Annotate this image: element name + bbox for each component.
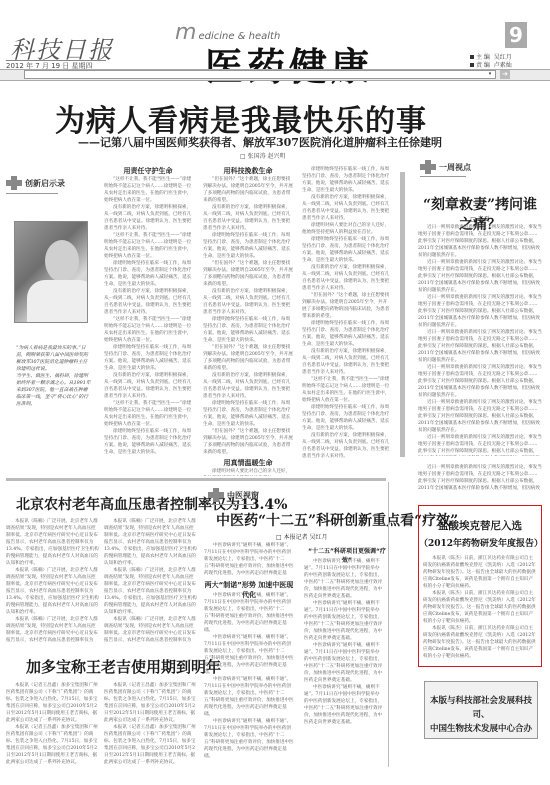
tcm-byline: □ 本报记者 吴红月 [276,532,327,541]
photo-caption: “为病人看病是我最快乐的事。”日前，刚刚荣获第八届中国医师奖的解放军307医院消… [16,345,92,435]
column-divider [388,482,389,767]
tcm-article-col2: 中医诊病讲究“通则不痛，痛则不通”。7月11日在中国中医科学院举办的中医药创新发… [304,558,384,778]
go-button[interactable]: ➔ [500,70,510,79]
featured-title-line1: 盐酸埃克替尼入选 [419,518,541,533]
medical-cross-icon [420,160,436,174]
weekly-byline: □ 辛夏 [420,214,540,223]
address-input[interactable] [24,70,496,79]
bp-article-col1: 本报讯（陈楠）广泛开展，北京老年人群调查结果“发现，特别是农村老年人高血压控制率… [6,518,100,644]
subsection-title: 用科技挽救生命 [203,166,293,176]
tag-underline [420,176,466,177]
lead-subhead: ——记第八届中国医师奖获得者、解放军307医院消化道肿瘤科主任徐建明 [78,134,442,150]
photo-face [45,240,79,282]
bullet-square-icon [470,63,474,67]
featured-article: 本报讯（陈杰）日前，浙江贝达药业有限公司自主研发的抗癌新药盐酸埃克替尼（凯美纳）… [423,555,537,667]
subsection-title: 用真情温暖生命 [203,458,293,468]
medical-cross-icon [6,176,22,190]
tag-underline [208,504,254,505]
doctor-photo [14,221,88,323]
editors-box: 主 编 吴红月 责 编 卢素灿 [470,54,512,70]
article-column: “这样不让我，我不能当医生——”徐建明始终不能忘记这个病人……徐建明是一位从农村… [104,176,192,463]
wlj-article-col1: 本报讯（记者王昌鑫）加多宝集团和广州医药集团有限公司（下称“广药集团”）的商标、… [6,682,100,778]
bp-article-col2: 本报讯（陈楠）广泛开展，北京老年人群调查结果“发现，特别是农村老年人高血压控制率… [104,518,198,644]
featured-title-line2: （2012年药物研发年度报告） [419,536,541,549]
co-organizer-box: 本版与科技部社会发展科技司、 中国生物技术发展中心合办 [424,681,538,739]
tcm-article-col1b: 中医诊病讲究“通则不痛，痛则不通”。7月11日在中国中医科学院举办的中医药创新发… [204,592,294,778]
tcm-article-col1: 中医诊病讲究“通则不痛，痛则不通”。7月11日在中国中医科学院举办的中医药创新发… [204,542,294,576]
article-column: 徐建明始终坚持在临床一线工作，每周坚持出门诊、查房，为患者制定个体化治疗方案。他… [302,166,390,470]
section-tag-innovation: 创新启示录 [6,176,65,190]
weekly-article: 近日一则刻章救妻的新闻引发了网友的激烈讨论。事发当地男子因妻子患病急需用钱，在走… [418,224,542,456]
page-number: 9 [505,22,527,48]
photo-coat [27,280,88,323]
co-organizer-line2: 中国生物技术发展中心合办 [425,722,537,736]
tag-underline [6,193,58,194]
featured-news-box: 盐酸埃克替尼入选 （2012年药物研发年度报告） 本报讯（陈杰）日前，浙江贝达药… [418,505,542,667]
article-column: “但在国外？”这个难题，徐主任想要找到解决办法。徐建明自2005年至今，共开展了… [203,176,293,456]
section-tag-weekly: 一周视点 [420,160,471,174]
co-organizer-line1: 本版与科技部社会发展科技司、 [425,694,537,722]
section-tag-tcm: 中医视窗 [208,488,259,502]
article-column: 徐建明对病人要比对自己的亲人还好，他始终坚持把病人的利益放在首位。 [203,468,293,476]
wlj-headline: 加多宝称王老吉使用期到明年 [26,656,221,677]
column-accent-bar [400,172,405,457]
weekly-article-end: 近日一则刻章救妻的新闻引发了网友的激烈讨论。事发当地男子因妻子患病急需用钱，在走… [418,464,542,492]
editor-line: 主 编 吴红月 [470,54,512,62]
wlj-article-col2: 本报讯（记者王昌鑫）加多宝集团和广州医药集团有限公司（下称“广药集团”）的商标、… [104,682,198,778]
section-divider [6,478,386,481]
dropdown-arrow-icon[interactable]: ▾ [486,71,494,78]
lead-byline: □ 张国涛 赵兴明 [240,151,285,160]
section-english-initial: m [175,20,196,45]
subsection-title: 用责任守护生命 [104,166,192,176]
medical-cross-icon [208,488,224,502]
bullet-square-icon [470,55,474,59]
section-title: 医药健康 [205,36,373,91]
